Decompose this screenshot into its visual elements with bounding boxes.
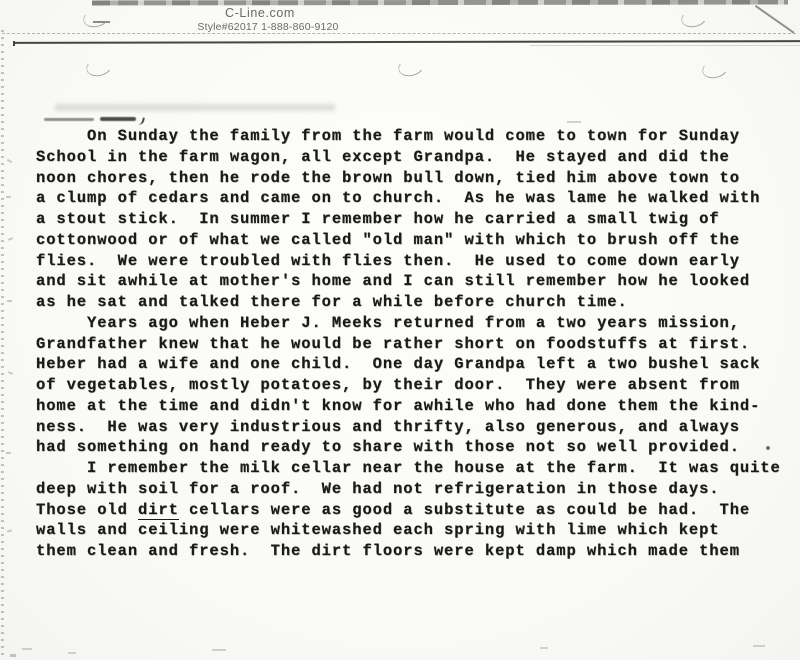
crossed-out-text-smudge [44, 118, 94, 121]
typed-line: had something on hand ready to share wit… [36, 437, 781, 458]
typed-text-block: On Sunday the family from the farm would… [36, 126, 781, 562]
scan-mark [8, 371, 13, 375]
typed-line: Heber had a wife and one child. One day … [36, 354, 781, 375]
typed-line: Grandfather knew that he would be rather… [36, 334, 781, 355]
scan-speck [212, 649, 226, 651]
scan-mark [6, 196, 11, 198]
scan-echo-line [530, 45, 800, 46]
scan-speck [567, 121, 581, 123]
protector-corner-fold-line [755, 5, 794, 33]
typed-line: Those old dirt cellars were as good a su… [36, 500, 781, 521]
typed-line: Years ago when Heber J. Meeks returned f… [36, 313, 781, 334]
sheet-protector-top-edge [92, 0, 788, 5]
crossed-out-text-smudge [100, 117, 136, 121]
typed-line: a clump of cedars and came on to church.… [36, 188, 781, 209]
scan-speck [540, 647, 548, 649]
typed-line: flies. We were troubled with flies then.… [36, 251, 781, 272]
scan-speck [766, 446, 770, 450]
protector-style-text: Style#62017 1-888-860-9120 [142, 21, 394, 33]
typed-line: I remember the milk cellar near the hous… [36, 458, 781, 479]
typed-line: deep with soil for a roof. We had not re… [36, 479, 781, 500]
typed-line: On Sunday the family from the farm would… [36, 126, 781, 147]
typed-line: as he sat and talked there for a while b… [36, 292, 781, 313]
typed-line: a stout stick. In summer I remember how … [36, 209, 781, 230]
scan-speck [68, 652, 76, 654]
hole-punch-mark [679, 6, 709, 30]
scan-speck [22, 648, 32, 650]
ghost-text-smear [55, 104, 335, 111]
page-left-perforation [1, 30, 4, 656]
typed-line: and sit awhile at mother's home and I ca… [36, 271, 781, 292]
protector-brand-text: C-Line.com [126, 6, 394, 20]
hole-punch-mark [700, 57, 730, 81]
scan-speck [10, 654, 16, 657]
scanned-document-page: C-Line.com Style#62017 1-888-860-9120 On… [0, 0, 800, 660]
hole-punch-mark [84, 55, 114, 79]
typed-line: of vegetables, mostly potatoes, by their… [36, 375, 781, 396]
typed-line: walls and ceiling were whitewashed each … [36, 520, 781, 541]
scan-speck [753, 645, 765, 647]
protector-dashed-edge [2, 33, 796, 34]
typed-line: them clean and fresh. The dirt floors we… [36, 541, 781, 562]
crossed-out-text-smudge [136, 116, 145, 125]
typed-line: ness. He was very industrious and thrift… [36, 417, 781, 438]
typed-line: School in the farm wagon, all except Gra… [36, 147, 781, 168]
page-top-edge-hook [13, 41, 15, 46]
typed-line: cottonwood or of what we called "old man… [36, 230, 781, 251]
typed-line: noon chores, then he rode the brown bull… [36, 168, 781, 189]
scan-mark [6, 452, 11, 454]
hole-punch-mark [396, 55, 426, 79]
underlined-word: dirt [138, 501, 179, 520]
sheet-protector-label: C-Line.com Style#62017 1-888-860-9120 [126, 6, 394, 33]
scan-mark [8, 237, 13, 241]
typed-line: home at the time and didn't know for awh… [36, 396, 781, 417]
hole-punch-mark [81, 6, 111, 30]
page-top-edge-line [14, 40, 800, 44]
scan-mark [7, 159, 12, 163]
scan-mark [7, 300, 12, 302]
scan-mark [7, 529, 12, 532]
